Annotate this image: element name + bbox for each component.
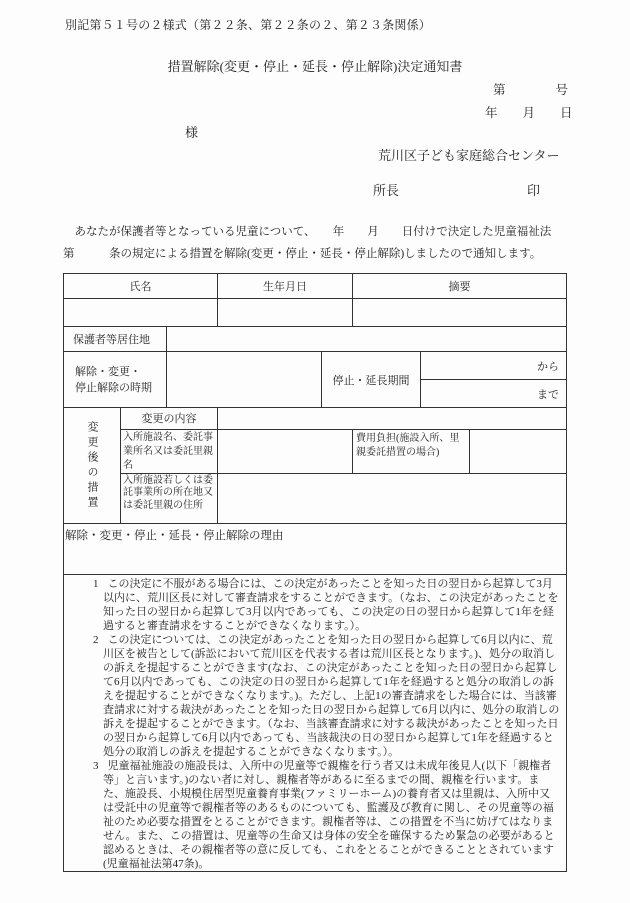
note-text: この決定に不服がある場合には、この決定があったことを知った日の翌日から起算して3… xyxy=(103,578,559,632)
to-label: まで xyxy=(537,386,559,402)
guardian-address-label-cell: 保護者等居住地 xyxy=(64,327,167,351)
guardian-address-value-cell xyxy=(167,327,566,351)
guardian-address-row: 保護者等居住地 xyxy=(64,327,566,352)
seal-label: 印 xyxy=(527,180,540,199)
period-to-cell: まで xyxy=(421,380,566,407)
addressee-suffix: 様 xyxy=(185,122,198,141)
cost-burden-value-cell xyxy=(470,430,566,473)
change-content-row: 変更の内容 xyxy=(121,408,566,430)
facility-name-value-cell xyxy=(218,430,353,473)
note-number: 3 xyxy=(93,760,99,772)
note-item-2: 2この決定については、この決定があったことを知った日の翌日から起算して6月以内に… xyxy=(103,633,561,759)
release-time-label-line2: 停止解除の時期 xyxy=(75,380,152,396)
table-header-row: 氏名 生年月日 摘要 xyxy=(64,274,566,299)
post-change-measure-content: 変更の内容 入所施設名、委託事業所名又は委託里親名 費用負担(施設入所、里親委託… xyxy=(121,408,566,523)
birthdate-value-cell xyxy=(218,299,353,326)
change-content-value-cell xyxy=(218,408,566,429)
cost-burden-label-cell: 費用負担(施設入所、里親委託措置の場合) xyxy=(353,430,470,473)
release-time-label-line1: 解除・変更・ xyxy=(75,364,152,380)
note-item-1: 1この決定に不服がある場合には、この決定があったことを知った日の翌日から起算して… xyxy=(103,577,561,633)
facility-address-label-cell: 入所施設若しくは委託事業所の所在地又は委託里親の住所 xyxy=(121,474,218,523)
from-label: から xyxy=(537,358,559,374)
facility-address-row: 入所施設若しくは委託事業所の所在地又は委託里親の住所 xyxy=(121,474,566,523)
facility-address-value-cell xyxy=(218,474,566,523)
birthdate-header-cell: 生年月日 xyxy=(218,274,353,298)
post-change-measure-row: 変更後の措置 変更の内容 入所施設名、委託事業所名又は委託里親名 費用負担(施設… xyxy=(64,408,566,524)
main-table: 氏名 生年月日 摘要 保護者等居住地 解除・変更・ 停止解除の時期 停止・延長期… xyxy=(63,273,567,872)
intro-paragraph: あなたが保護者等となっている児童について、 年 月 日付けで決定した児童福祉法 … xyxy=(63,221,575,265)
notes-box: 1この決定に不服がある場合には、この決定があったことを知った日の翌日から起算して… xyxy=(64,575,566,871)
name-header-cell: 氏名 xyxy=(64,274,218,298)
note-number: 2 xyxy=(93,634,99,646)
facility-name-label-cell: 入所施設名、委託事業所名又は委託里親名 xyxy=(121,430,218,473)
release-time-value-cell xyxy=(167,352,322,407)
reason-label: 解除・変更・停止・延長・停止解除の理由 xyxy=(65,530,284,542)
release-time-label-cell: 解除・変更・ 停止解除の時期 xyxy=(64,352,167,407)
reason-cell: 解除・変更・停止・延長・停止解除の理由 xyxy=(64,524,566,575)
facility-name-row: 入所施設名、委託事業所名又は委託里親名 費用負担(施設入所、里親委託措置の場合) xyxy=(121,430,566,474)
form-number: 別記第５１号の２様式（第２２条、第２２条の２、第２３条関係） xyxy=(65,16,431,33)
page-title: 措置解除(変更・停止・延長・停止解除)決定通知書 xyxy=(0,56,630,75)
suspension-period-label-cell: 停止・延長期間 xyxy=(322,352,421,407)
post-change-measure-label-cell: 変更後の措置 xyxy=(64,408,121,523)
note-text: 児童福祉施設の施設長は、入所中の児童等で親権を行う者又は未成年後見人(以下「親権… xyxy=(103,760,555,870)
table-value-row xyxy=(64,299,566,327)
change-content-label-cell: 変更の内容 xyxy=(121,408,218,429)
director-label: 所長 xyxy=(373,180,399,199)
summary-header-cell: 摘要 xyxy=(353,274,566,298)
name-value-cell xyxy=(64,299,218,326)
issue-date-line: 年 月 日 xyxy=(485,103,573,121)
doc-number-line: 第 号 xyxy=(493,80,568,98)
intro-line-2: 第 条の規定による措置を解除(変更・停止・延長・停止解除)しましたので通知します… xyxy=(63,243,575,265)
release-time-row: 解除・変更・ 停止解除の時期 停止・延長期間 から まで xyxy=(64,352,566,408)
intro-line-1: あなたが保護者等となっている児童について、 年 月 日付けで決定した児童福祉法 xyxy=(63,221,575,243)
suspension-period-value-cell: から まで xyxy=(421,352,566,407)
summary-value-cell xyxy=(353,299,566,326)
issuer-org: 荒川区子ども家庭総合センター xyxy=(378,145,559,164)
document-page: 別記第５１号の２様式（第２２条、第２２条の２、第２３条関係） 措置解除(変更・停… xyxy=(0,0,630,903)
note-item-3: 3児童福祉施設の施設長は、入所中の児童等で親権を行う者又は未成年後見人(以下「親… xyxy=(103,759,561,871)
post-change-measure-label: 変更後の措置 xyxy=(84,421,100,511)
period-from-cell: から xyxy=(421,352,566,380)
note-number: 1 xyxy=(93,578,99,590)
note-text: この決定については、この決定があったことを知った日の翌日から起算して6月以内に、… xyxy=(103,634,559,758)
